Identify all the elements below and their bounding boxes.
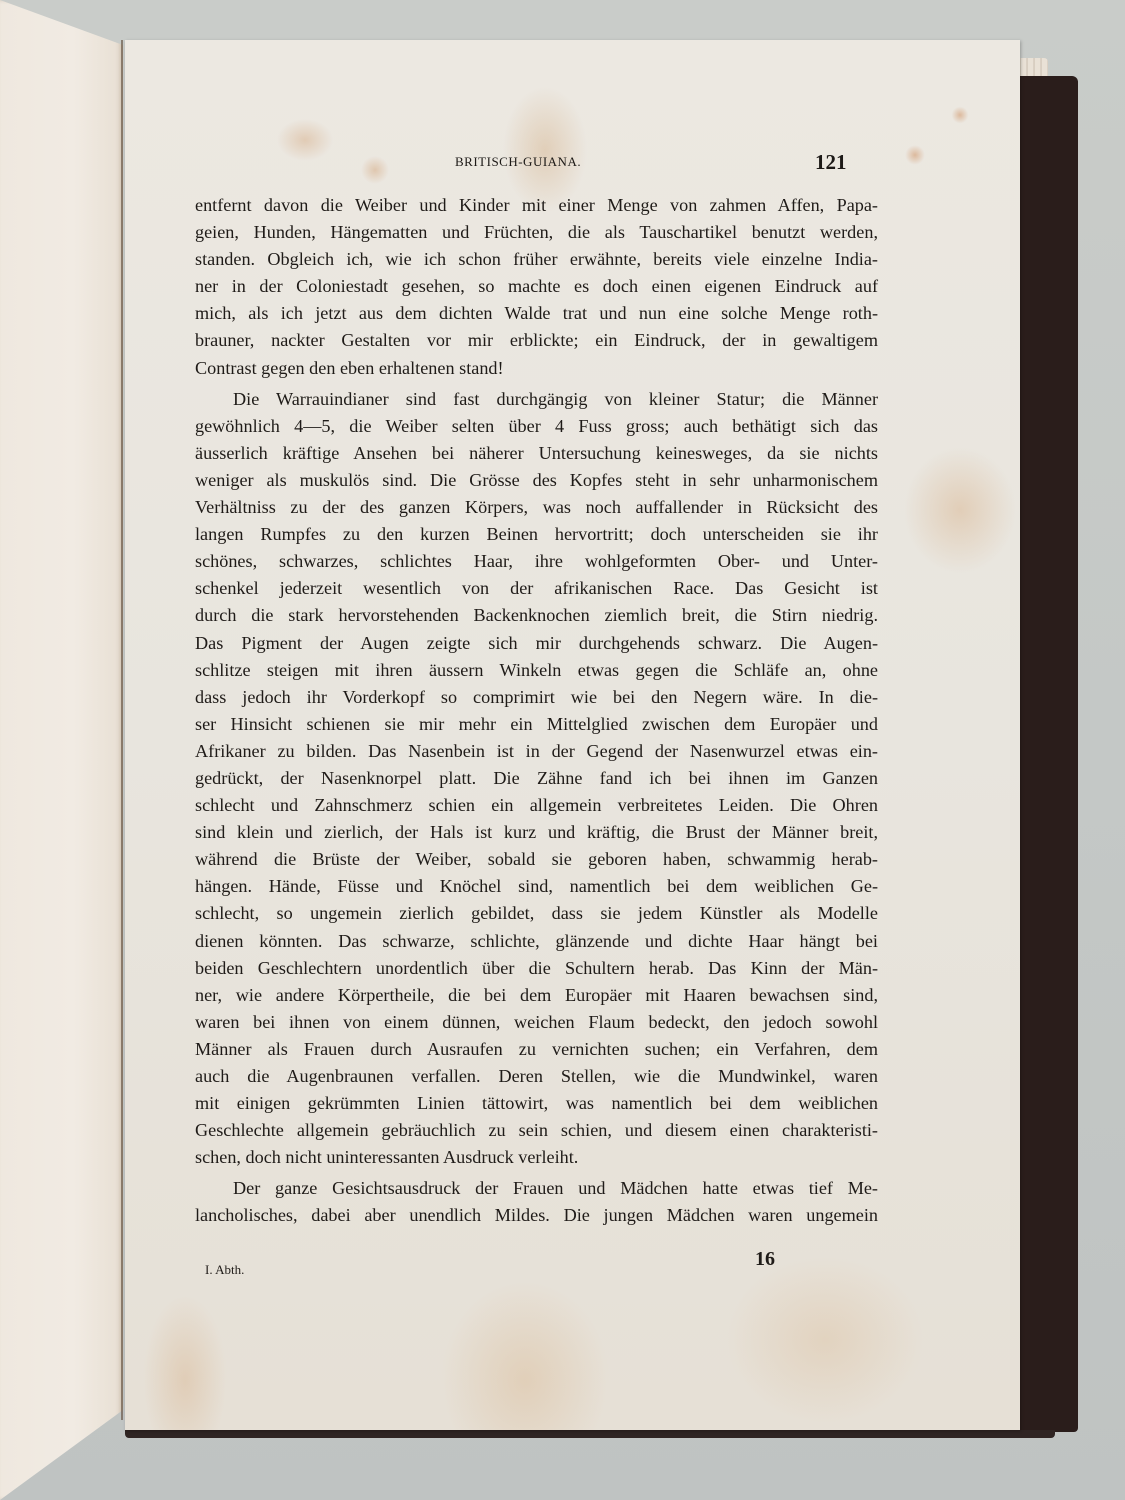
text-line: schönes, schwarzes, schlichtes Haar, ihr… xyxy=(195,548,878,575)
body-text: entfernt davon die Weiber und Kinder mit… xyxy=(195,192,878,1230)
running-head-title: BRITISCH-GUIANA. xyxy=(455,154,581,170)
text-line: auch die Augenbraunen verfallen. Deren S… xyxy=(195,1063,878,1090)
text-line: dass jedoch ihr Vorderkopf so comprimirt… xyxy=(195,684,878,711)
book-page: BRITISCH-GUIANA. 121 entfernt davon die … xyxy=(125,40,1020,1430)
text-line: sind klein und zierlich, der Hals ist ku… xyxy=(195,819,878,846)
text-line: mit einigen gekrümmten Linien tättowirt,… xyxy=(195,1090,878,1117)
text-line: lancholisches, dabei aber unendlich Mild… xyxy=(195,1202,878,1229)
text-line: schenkel jederzeit wesentlich von der af… xyxy=(195,575,878,602)
paragraph: entfernt davon die Weiber und Kinder mit… xyxy=(195,192,878,382)
text-line: brauner, nackter Gestalten vor mir erbli… xyxy=(195,327,878,354)
text-line: schlecht, so ungemein zierlich gebildet,… xyxy=(195,900,878,927)
text-line: hängen. Hände, Füsse und Knöchel sind, n… xyxy=(195,873,878,900)
book-cover-bottom-edge xyxy=(125,1430,1055,1438)
signature-number: 16 xyxy=(755,1248,775,1271)
text-line: ner in der Coloniestadt gesehen, so mach… xyxy=(195,273,878,300)
text-line: entfernt davon die Weiber und Kinder mit… xyxy=(195,192,878,219)
text-line: waren bei ihnen von einem dünnen, weiche… xyxy=(195,1009,878,1036)
facing-left-page xyxy=(0,0,123,1500)
text-line: äusserlich kräftige Ansehen bei näherer … xyxy=(195,440,878,467)
text-line: ner, wie andere Körpertheile, die bei de… xyxy=(195,982,878,1009)
text-line: Geschlechte allgemein gebräuchlich zu se… xyxy=(195,1117,878,1144)
text-line: ser Hinsicht schienen sie mir mehr ein M… xyxy=(195,711,878,738)
text-line: Die Warrauindianer sind fast durchgängig… xyxy=(195,386,878,413)
text-line: Verhältniss zu der des ganzen Körpers, w… xyxy=(195,494,878,521)
book-gutter xyxy=(121,40,123,1420)
text-line: schlitze steigen mit ihren äussern Winke… xyxy=(195,657,878,684)
paragraph: Die Warrauindianer sind fast durchgängig… xyxy=(195,386,878,1172)
text-line: gewöhnlich 4—5, die Weiber selten über 4… xyxy=(195,413,878,440)
text-line: langen Rumpfes zu den kurzen Beinen herv… xyxy=(195,521,878,548)
text-line: schen, doch nicht uninteressanten Ausdru… xyxy=(195,1144,878,1171)
text-line: geien, Hunden, Hängematten und Früchten,… xyxy=(195,219,878,246)
text-line: Das Pigment der Augen zeigte sich mir du… xyxy=(195,630,878,657)
text-line: standen. Obgleich ich, wie ich schon frü… xyxy=(195,246,878,273)
text-line: Der ganze Gesichtsausdruck der Frauen un… xyxy=(195,1175,878,1202)
text-line: Männer als Frauen durch Ausraufen zu ver… xyxy=(195,1036,878,1063)
book-cover-edge xyxy=(1018,76,1078,1432)
text-line: durch die stark hervorstehenden Backenkn… xyxy=(195,602,878,629)
text-line: dienen könnten. Das schwarze, schlichte,… xyxy=(195,928,878,955)
text-line: Contrast gegen den eben erhaltenen stand… xyxy=(195,355,878,382)
running-head: BRITISCH-GUIANA. 121 xyxy=(125,150,1020,172)
text-line: während die Brüste der Weiber, sobald si… xyxy=(195,846,878,873)
text-line: schlecht und Zahnschmerz schien ein allg… xyxy=(195,792,878,819)
signature-label: I. Abth. xyxy=(205,1262,244,1278)
text-line: Afrikaner zu bilden. Das Nasenbein ist i… xyxy=(195,738,878,765)
paragraph: Der ganze Gesichtsausdruck der Frauen un… xyxy=(195,1175,878,1229)
text-line: weniger als muskulös sind. Die Grösse de… xyxy=(195,467,878,494)
text-line: beiden Geschlechtern unordentlich über d… xyxy=(195,955,878,982)
page-number: 121 xyxy=(815,150,847,175)
text-line: gedrückt, der Nasenknorpel platt. Die Zä… xyxy=(195,765,878,792)
text-line: mich, als ich jetzt aus dem dichten Wald… xyxy=(195,300,878,327)
